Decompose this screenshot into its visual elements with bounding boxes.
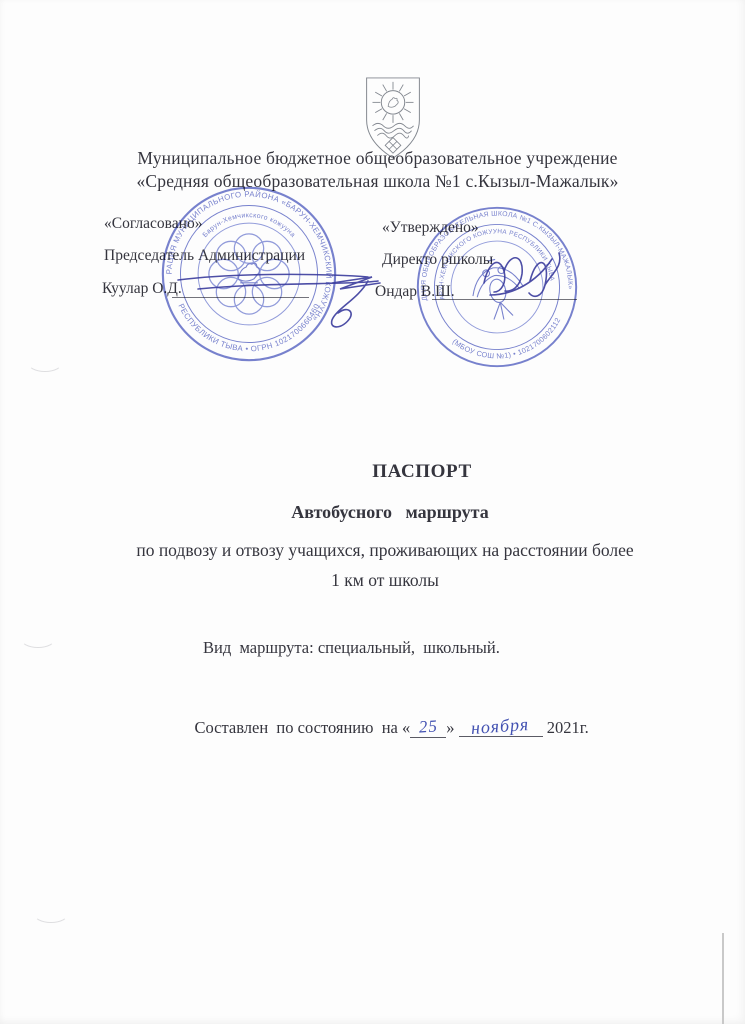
handwritten-month: ноября bbox=[471, 714, 531, 739]
day-fill-line: 25 bbox=[410, 718, 446, 738]
document-description-line1: по подвозу и отвозу учащихся, проживающи… bbox=[60, 540, 710, 561]
ink-signatures bbox=[100, 225, 620, 355]
date-prefix: Составлен по состоянию на bbox=[195, 718, 402, 737]
document-subtitle: Автобусного маршрута bbox=[240, 502, 540, 523]
signature-left-ink bbox=[178, 274, 380, 327]
open-quote: « bbox=[402, 718, 410, 737]
hole-punch-mark bbox=[20, 628, 56, 648]
hole-punch-mark bbox=[27, 352, 63, 372]
document-page: Муниципальное бюджетное общеобразователь… bbox=[0, 0, 745, 1024]
document-description-line2: 1 км от школы bbox=[60, 570, 710, 591]
institution-name-line1: Муниципальное бюджетное общеобразователь… bbox=[10, 148, 745, 169]
compiled-date-line: Составлен по состоянию на «25» ноября 20… bbox=[178, 697, 589, 758]
date-year-suffix: 2021г. bbox=[543, 718, 589, 737]
scan-artifact-line bbox=[722, 933, 724, 1024]
handwritten-day: 25 bbox=[418, 716, 438, 737]
hole-punch-mark bbox=[33, 903, 69, 923]
close-quote: » bbox=[446, 718, 458, 737]
month-fill-line: ноября bbox=[459, 717, 543, 737]
route-type-line: Вид маршрута: специальный, школьный. bbox=[203, 638, 500, 658]
signature-right-ink bbox=[484, 253, 560, 296]
institution-name-line2: «Средняя общеобразовательная школа №1 с.… bbox=[10, 171, 745, 192]
document-title: ПАСПОРТ bbox=[322, 461, 522, 483]
